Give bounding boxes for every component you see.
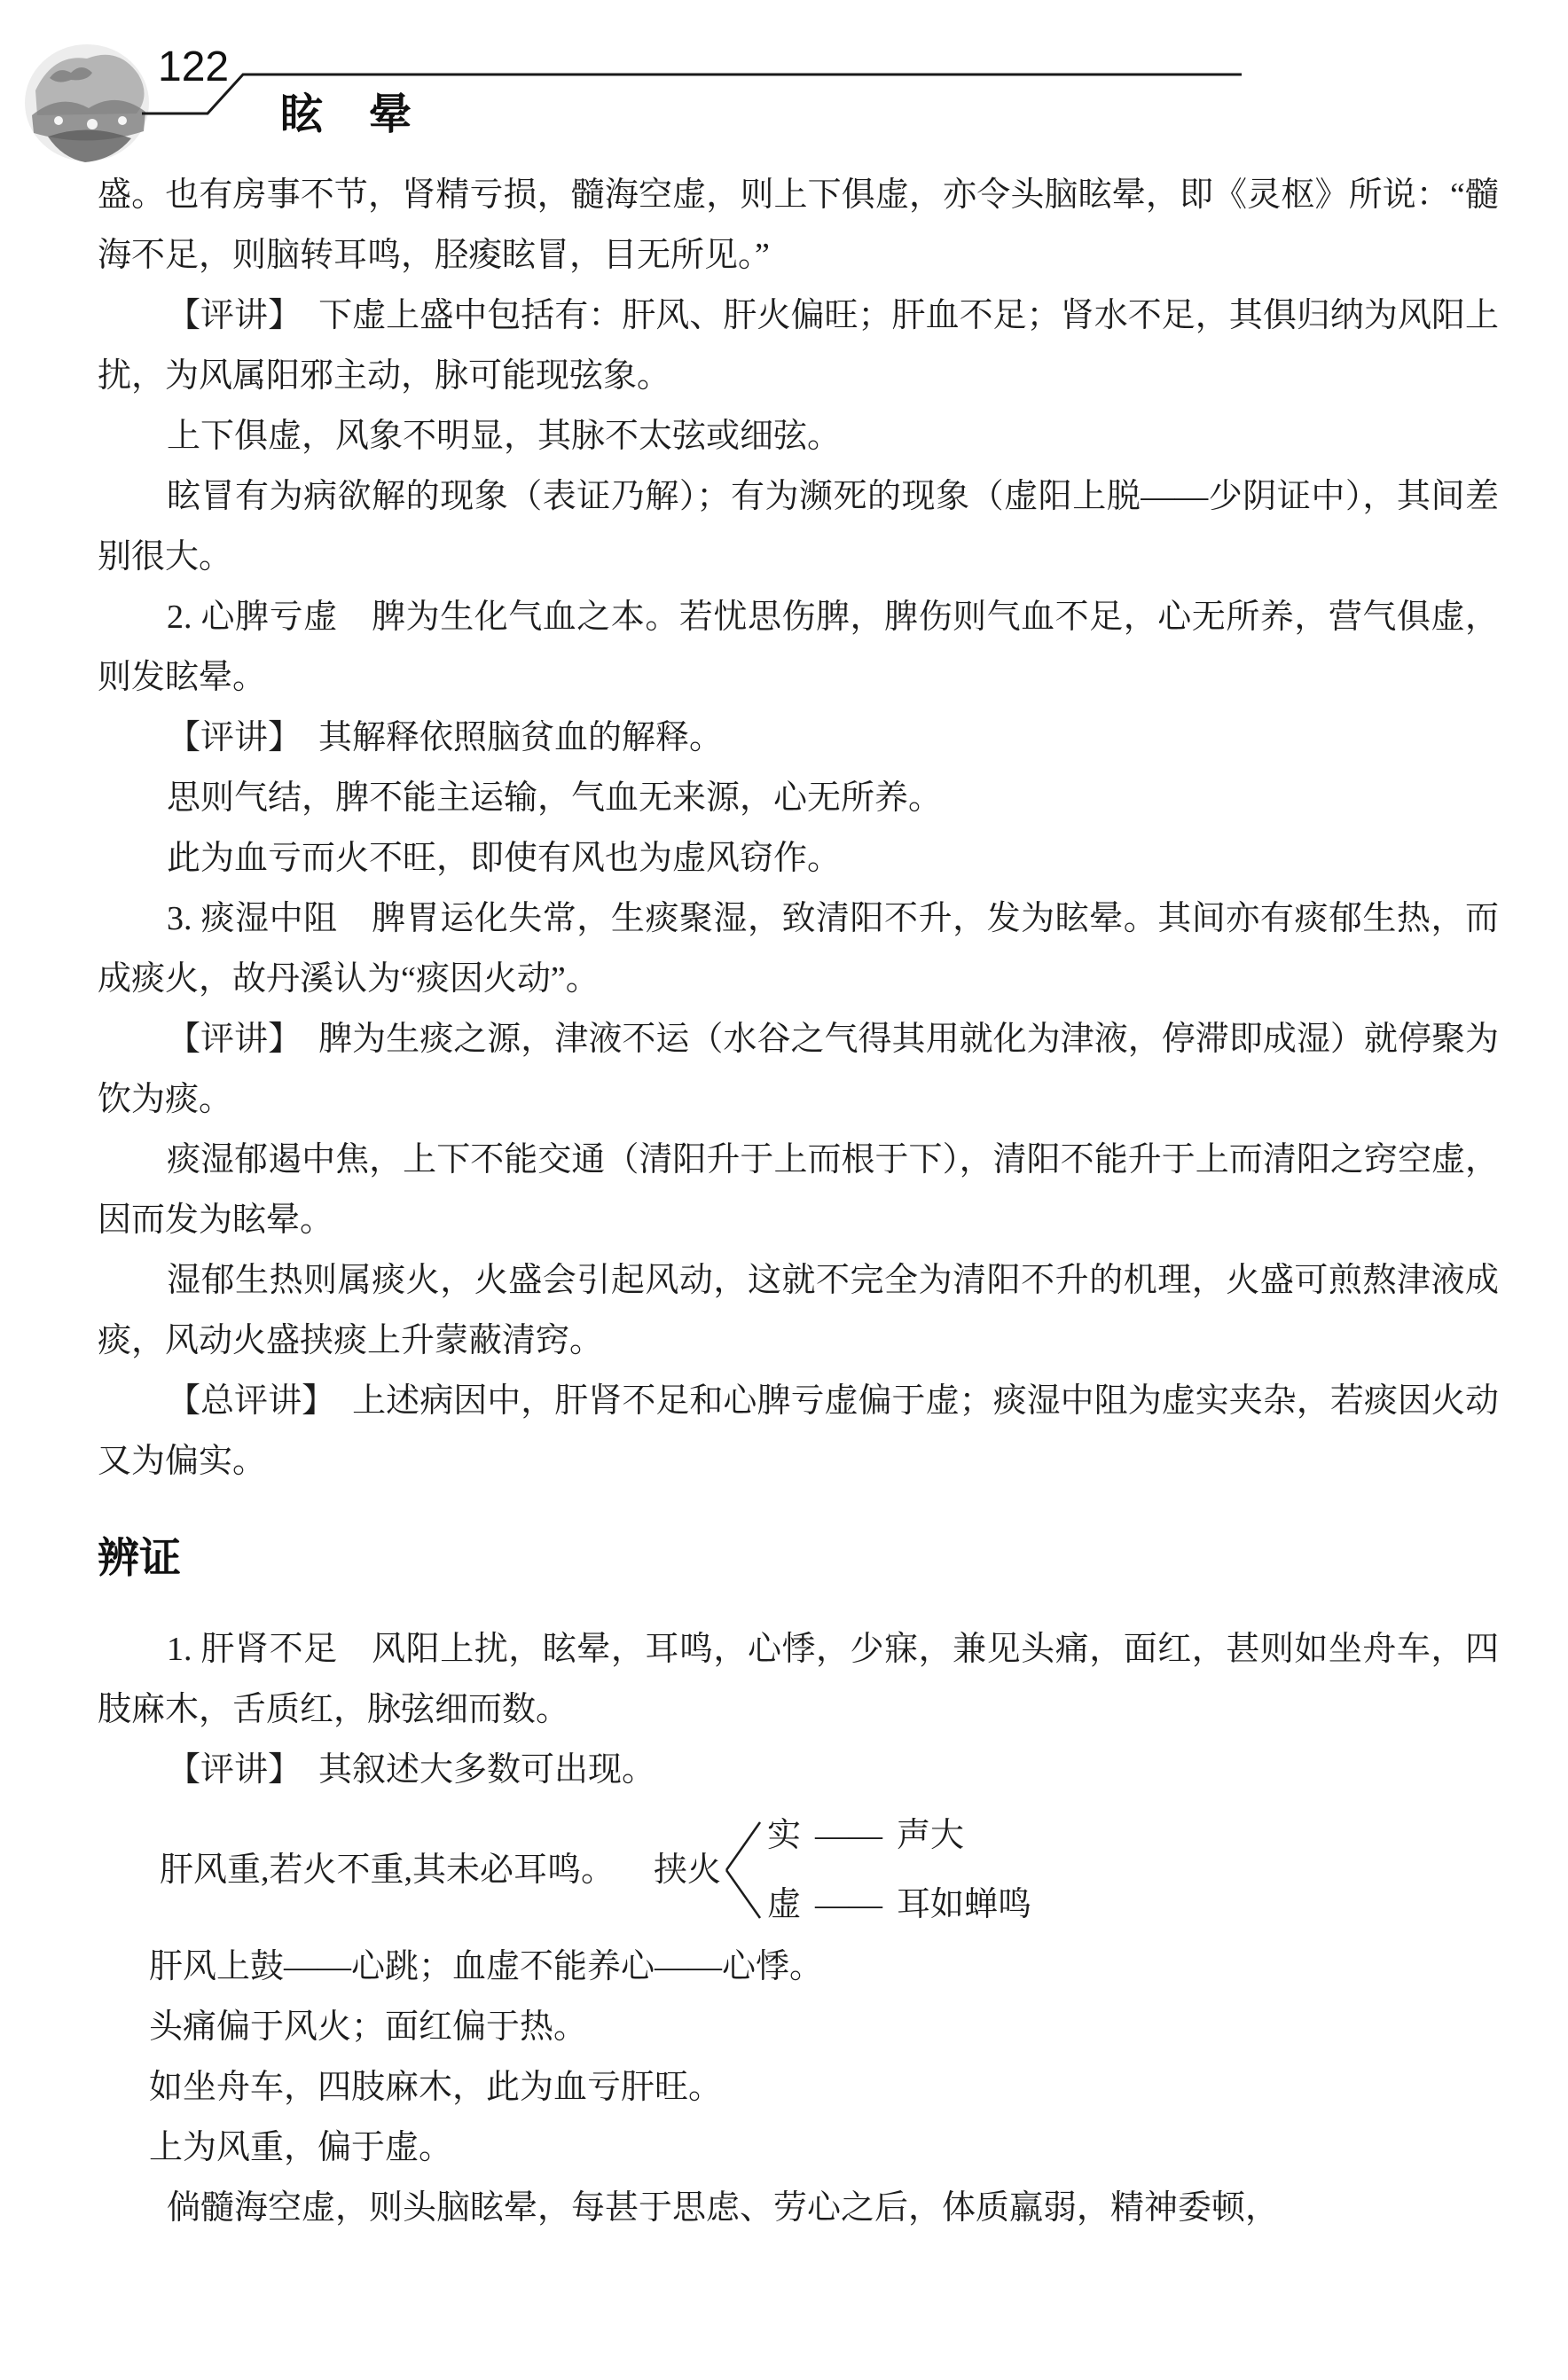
diagram-branches: 实 —— 声大 虚 —— 耳如蝉鸣 <box>767 1814 1031 1926</box>
body-paragraph: 【评讲】 其解释依照脑贫血的解释。 <box>98 708 1499 768</box>
statement-line: 上为风重，偏于虚。 <box>98 2118 1499 2178</box>
diagram-left-text: 肝风重,若火不重,其未必耳鸣。 <box>160 1840 615 1900</box>
tinnitus-branch-diagram: 肝风重,若火不重,其未必耳鸣。 挟火 实 —— 声大 虚 —— 耳如蝉鸣 <box>160 1814 1499 1926</box>
branch-result: 声大 <box>897 1814 964 1857</box>
branch-connector: —— <box>815 1883 882 1926</box>
page-header: 122 眩 晕 <box>0 0 1568 177</box>
statement-line: 如坐舟车，四肢麻木，此为血亏肝旺。 <box>98 2057 1499 2118</box>
diagram-branch-shi: 实 —— 声大 <box>767 1814 1031 1857</box>
body-text: 盛。也有房事不节，肾精亏损，髓海空虚，则上下俱虚，亦令头脑眩晕，即《灵枢》所说：… <box>98 165 1499 2238</box>
body-paragraph: 湿郁生热则属痰火，火盛会引起风动，这就不完全为清阳不升的机理，火盛可煎熬津液成痰… <box>98 1250 1499 1371</box>
body-paragraph: 思则气结，脾不能主运输，气血无来源，心无所养。 <box>98 768 1499 828</box>
branch-lines <box>725 1815 764 1925</box>
page-title: 眩 晕 <box>280 80 413 141</box>
body-paragraph: 1. 肝肾不足 风阳上扰，眩晕，耳鸣，心悸，少寐，兼见头痛，面红，甚则如坐舟车，… <box>98 1619 1499 1740</box>
body-paragraph: 3. 痰湿中阻 脾胃运化失常，生痰聚湿，致清阳不升，发为眩晕。其间亦有痰郁生热，… <box>98 889 1499 1009</box>
body-paragraph: 【评讲】 脾为生痰之源，津液不运（水谷之气得其用就化为津液，停滞即成湿）就停聚为… <box>98 1009 1499 1130</box>
diagram-node-label: 挟火 <box>654 1840 721 1900</box>
statement-line: 肝风上鼓——心跳；血虚不能养心——心悸。 <box>98 1937 1499 1997</box>
body-paragraph: 眩冒有为病欲解的现象（表证乃解）；有为濒死的现象（虚阳上脱——少阴证中），其间差… <box>98 466 1499 587</box>
statement-line: 头痛偏于风火；面红偏于热。 <box>98 1997 1499 2057</box>
diagram-branch-xu: 虚 —— 耳如蝉鸣 <box>767 1883 1031 1926</box>
section-heading: 辨证 <box>98 1531 1499 1585</box>
body-paragraph: 【评讲】 下虚上盛中包括有：肝风、肝火偏旺；肝血不足；肾水不足，其俱归纳为风阳上… <box>98 286 1499 406</box>
header-rule-line <box>0 0 1568 177</box>
branch-connector: —— <box>815 1814 882 1857</box>
body-paragraph: 2. 心脾亏虚 脾为生化气血之本。若忧思伤脾，脾伤则气血不足，心无所养，营气俱虚… <box>98 587 1499 708</box>
body-paragraph: 【总评讲】 上述病因中，肝肾不足和心脾亏虚偏于虚；痰湿中阻为虚实夹杂，若痰因火动… <box>98 1371 1499 1491</box>
book-page: 122 眩 晕 盛。也有房事不节，肾精亏损，髓海空虚，则上下俱虚，亦令头脑眩晕，… <box>0 0 1568 2380</box>
body-paragraph: 上下俱虚，风象不明显，其脉不太弦或细弦。 <box>98 406 1499 466</box>
branch-label: 虚 <box>767 1883 801 1926</box>
branch-result: 耳如蝉鸣 <box>897 1883 1031 1926</box>
body-paragraph: 痰湿郁遏中焦，上下不能交通（清阳升于上而根于下），清阳不能升于上而清阳之窍空虚，… <box>98 1130 1499 1250</box>
body-paragraph: 此为血亏而火不旺，即使有风也为虚风窃作。 <box>98 828 1499 889</box>
body-paragraph: 【评讲】 其叙述大多数可出现。 <box>98 1740 1499 1800</box>
body-paragraph: 倘髓海空虚，则头脑眩晕，每甚于思虑、劳心之后，体质羸弱，精神委顿， <box>98 2178 1499 2238</box>
branch-label: 实 <box>767 1814 801 1857</box>
body-paragraph: 盛。也有房事不节，肾精亏损，髓海空虚，则上下俱虚，亦令头脑眩晕，即《灵枢》所说：… <box>98 165 1499 286</box>
